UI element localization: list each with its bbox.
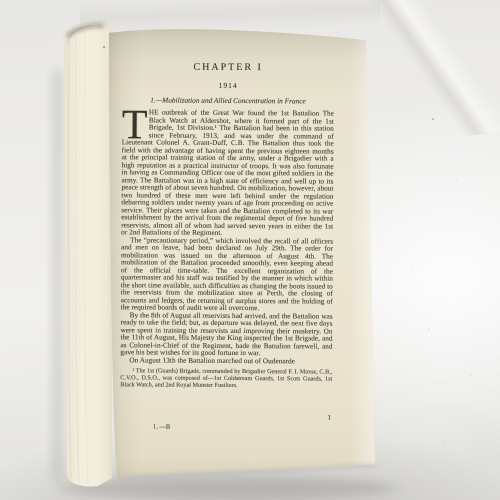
paragraph-1-text: HE outbreak of the Great War found the 1… xyxy=(121,108,334,236)
paragraph-2: The “precautionary period,” which involv… xyxy=(121,237,333,313)
page-edge-stack xyxy=(64,23,112,487)
chapter-heading: CHAPTER I xyxy=(122,62,334,73)
section-heading: 1.—Mobilization and Allied Concentration… xyxy=(122,96,334,105)
paragraph-1: THE outbreak of the Great War found the … xyxy=(121,109,334,238)
chapter-year: 1914 xyxy=(122,81,334,90)
page-number: 1 xyxy=(328,415,332,422)
paragraph-3: By the 8th of August all reservists had … xyxy=(120,312,332,358)
paragraph-4: On August 13th the Battalion marched out… xyxy=(120,357,332,366)
drop-cap: T xyxy=(122,110,147,139)
book-page: CHAPTER I 1914 1.—Mobilization and Allie… xyxy=(107,29,368,496)
photo-backdrop: CHAPTER I 1914 1.—Mobilization and Allie… xyxy=(0,0,500,500)
signature-mark: 1.—B xyxy=(153,423,171,430)
top-speck xyxy=(103,46,105,48)
footnote: ¹ The 1st (Guards) Brigade, commanded by… xyxy=(120,367,332,389)
book-left-shadow xyxy=(52,70,63,482)
